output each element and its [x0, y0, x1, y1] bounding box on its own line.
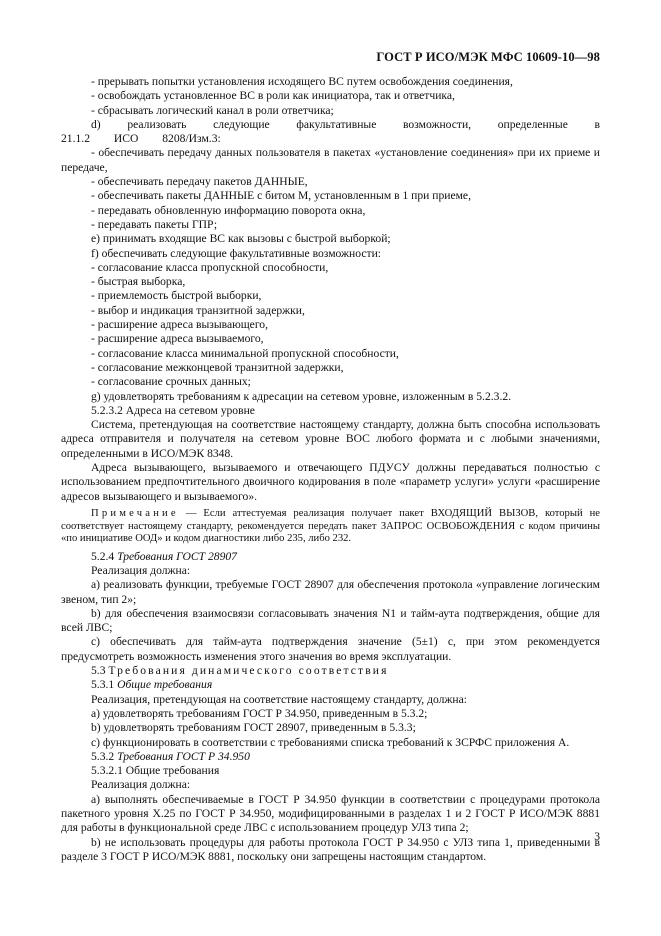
section-number: 5.2.4 [91, 550, 117, 563]
list-item: - освобождать установленное ВС в роли ка… [61, 89, 600, 103]
page-number: 3 [589, 830, 600, 844]
paragraph: Реализация, претендующая на соответствие… [61, 693, 600, 707]
list-item: с) обеспечивать для тайм-аута подтвержде… [61, 635, 600, 664]
section-heading: 5.2.4 Требования ГОСТ 28907 [61, 550, 600, 564]
list-item: - сбрасывать логический канал в роли отв… [61, 104, 600, 118]
section-title: Требования ГОСТ 28907 [117, 550, 237, 563]
note-label: Примечание [91, 508, 179, 519]
list-item: b) для обеспечения взаимосвязи согласовы… [61, 607, 600, 636]
section-title: Требования динамического соответствия [108, 664, 388, 677]
list-item: - согласование класса пропускной способн… [61, 261, 600, 275]
list-item: - согласование срочных данных; [61, 375, 600, 389]
list-item: b) не использовать процедуры для работы … [61, 836, 600, 865]
list-item: - расширение адреса вызывающего, [61, 318, 600, 332]
section-number: 5.3.1 [91, 678, 117, 691]
document-body: - прерывать попытки установления исходящ… [61, 75, 600, 864]
list-item: - передавать обновленную информацию пово… [61, 204, 600, 218]
list-item: а) реализовать функции, требуемые ГОСТ 2… [61, 578, 600, 607]
list-item: - обеспечивать пакеты ДАННЫЕ с битом М, … [61, 189, 600, 203]
paragraph: Реализация должна: [61, 778, 600, 792]
list-item: e) принимать входящие ВС как вызовы с бы… [61, 232, 600, 246]
list-item: а) выполнять обеспечиваемые в ГОСТ Р 34.… [61, 793, 600, 836]
note: Примечание — Если аттестуемая реализация… [61, 508, 600, 546]
list-item: - обеспечивать передачу пакетов ДАННЫЕ, [61, 175, 600, 189]
document-header: ГОСТ Р ИСО/МЭК МФС 10609-10—98 [61, 50, 600, 64]
section-heading: 5.2.3.2 Адреса на сетевом уровне [61, 404, 600, 418]
list-item: - передавать пакеты ГПР; [61, 218, 600, 232]
list-item: d) реализовать следующие факультативные … [61, 118, 600, 147]
list-item: - расширение адреса вызываемого, [61, 332, 600, 346]
list-item: f) обеспечивать следующие факультативные… [61, 247, 600, 261]
list-item: - прерывать попытки установления исходящ… [61, 75, 600, 89]
section-heading: 5.3.1 Общие требования [61, 678, 600, 692]
list-item: а) удовлетворять требованиям ГОСТ Р 34.9… [61, 707, 600, 721]
section-title: Требования ГОСТ Р 34.950 [117, 750, 250, 763]
section-heading: 5.3.2.1 Общие требования [61, 764, 600, 778]
section-title: Общие требования [117, 678, 212, 691]
list-item: - согласование класса минимальной пропус… [61, 347, 600, 361]
paragraph: Реализация должна: [61, 564, 600, 578]
list-item: - быстрая выборка, [61, 275, 600, 289]
list-item: g) удовлетворять требованиям к адресации… [61, 390, 600, 404]
list-item: - обеспечивать передачу данных пользоват… [61, 146, 600, 175]
paragraph: Система, претендующая на соответствие на… [61, 418, 600, 461]
list-item: - приемлемость быстрой выборки, [61, 289, 600, 303]
list-item: b) удовлетворять требованиям ГОСТ 28907,… [61, 721, 600, 735]
list-item: - выбор и индикация транзитной задержки, [61, 304, 600, 318]
section-heading: 5.3.2 Требования ГОСТ Р 34.950 [61, 750, 600, 764]
paragraph: Адреса вызывающего, вызываемого и отвеча… [61, 461, 600, 504]
list-item: с) функционировать в соответствии с треб… [61, 736, 600, 750]
list-item: - согласование межконцевой транзитной за… [61, 361, 600, 375]
section-heading: 5.3 Требования динамического соответстви… [61, 664, 600, 678]
section-number: 5.3.2 [91, 750, 117, 763]
section-number: 5.3 [91, 664, 108, 677]
